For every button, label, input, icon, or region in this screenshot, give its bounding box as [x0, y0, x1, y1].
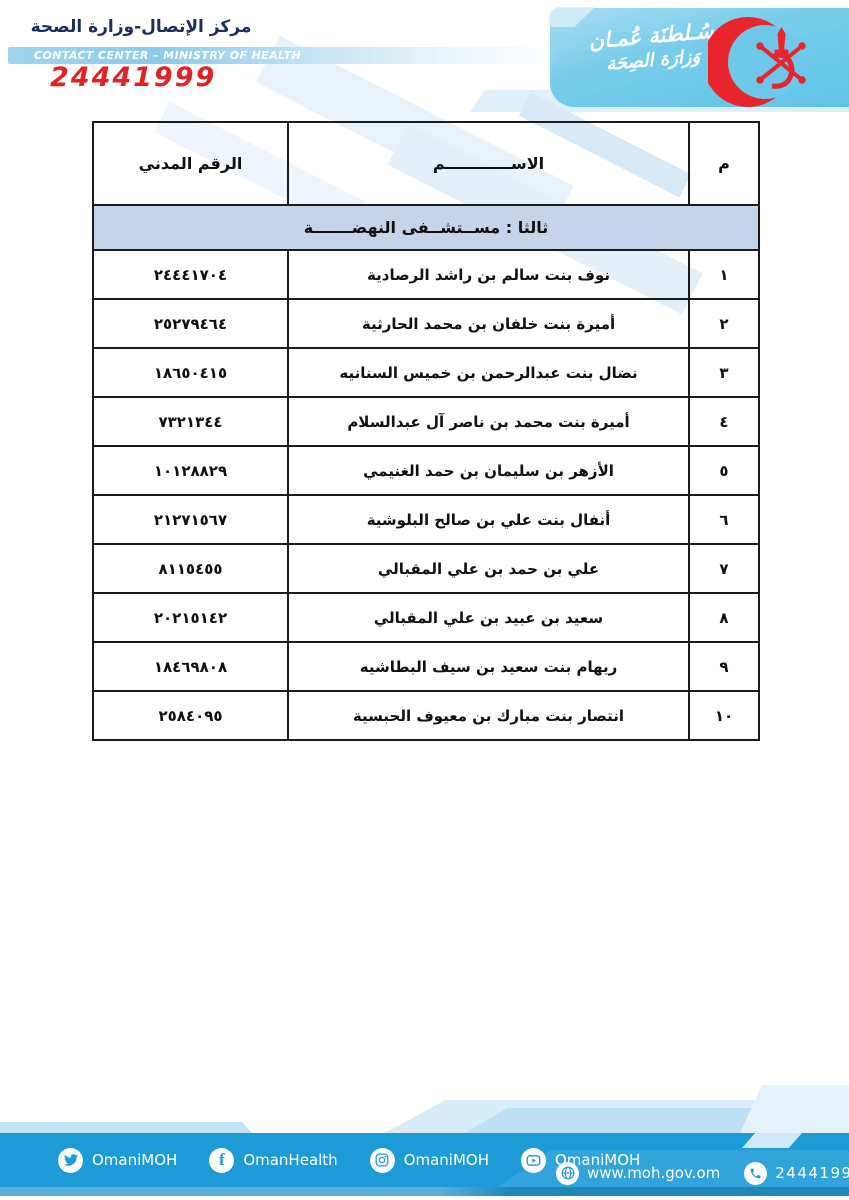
row-serial: ٣ — [689, 348, 759, 397]
facebook-handle: OmanHealth — [243, 1151, 337, 1169]
row-name: ريهام بنت سعيد بن سيف البطاشيه — [288, 642, 689, 691]
section-header-row: ثالثا : مســتشــفى النهضـــــــة — [93, 205, 759, 250]
facebook-icon: f — [209, 1148, 234, 1173]
row-serial: ٥ — [689, 446, 759, 495]
civil-id-column-header: الرقم المدني — [93, 122, 288, 205]
table-row: ٧ علي بن حمد بن علي المقبالي ٨١١٥٤٥٥ — [93, 544, 759, 593]
table-row: ١ نوف بنت سالم بن راشد الرصادية ٢٤٤٤١٧٠٤ — [93, 250, 759, 299]
twitter-handle: OmaniMOH — [92, 1151, 177, 1169]
row-name: نوف بنت سالم بن راشد الرصادية — [288, 250, 689, 299]
table-row: ٤ أميرة بنت محمد بن ناصر آل عبدالسلام ٧٣… — [93, 397, 759, 446]
row-civil-id: ٢٠٢١٥١٤٢ — [93, 593, 288, 642]
table-row: ١٠ انتصار بنت مبارك بن معيوف الحبسية ٢٥٨… — [93, 691, 759, 740]
row-name: أميرة بنت محمد بن ناصر آل عبدالسلام — [288, 397, 689, 446]
table-row: ٦ أنفال بنت علي بن صالح البلوشية ٢١٢٧١٥٦… — [93, 495, 759, 544]
row-name: نضال بنت عبدالرحمن بن خميس السنانيه — [288, 348, 689, 397]
website-url: www.moh.gov.om — [587, 1164, 720, 1182]
facebook-account: f OmanHealth — [209, 1148, 337, 1173]
footer-phone-number: 24441999 — [775, 1164, 849, 1182]
row-civil-id: ٨١١٥٤٥٥ — [93, 544, 288, 593]
twitter-icon — [58, 1148, 83, 1173]
contact-center-title-arabic: مركز الإتصال-وزارة الصحة — [22, 17, 260, 37]
document-page: مركز الإتصال-وزارة الصحة CONTACT CENTER … — [0, 0, 849, 1200]
instagram-icon — [370, 1148, 395, 1173]
table-row: ٩ ريهام بنت سعيد بن سيف البطاشيه ١٨٤٦٩٨٠… — [93, 642, 759, 691]
footer-bottom-strip — [0, 1187, 849, 1196]
instagram-account: OmaniMOH — [370, 1148, 489, 1173]
footer-accent-strip — [0, 1122, 252, 1133]
row-serial: ١ — [689, 250, 759, 299]
row-civil-id: ٢٤٤٤١٧٠٤ — [93, 250, 288, 299]
table-row: ٨ سعيد بن عبيد بن علي المقبالي ٢٠٢١٥١٤٢ — [93, 593, 759, 642]
row-civil-id: ٢٥٨٤٠٩٥ — [93, 691, 288, 740]
header-phone-number: 24441999 — [50, 62, 212, 93]
table-row: ٥ الأزهر بن سليمان بن حمد الغنيمي ١٠١٢٨٨… — [93, 446, 759, 495]
row-serial: ١٠ — [689, 691, 759, 740]
youtube-icon — [521, 1148, 546, 1173]
row-civil-id: ٧٣٢١٣٤٤ — [93, 397, 288, 446]
row-name: انتصار بنت مبارك بن معيوف الحبسية — [288, 691, 689, 740]
row-serial: ٢ — [689, 299, 759, 348]
serial-column-header: م — [689, 122, 759, 205]
row-serial: ٩ — [689, 642, 759, 691]
row-civil-id: ٢١٢٧١٥٦٧ — [93, 495, 288, 544]
row-civil-id: ١٨٤٦٩٨٠٨ — [93, 642, 288, 691]
row-civil-id: ١٨٦٥٠٤١٥ — [93, 348, 288, 397]
table-row: ٣ نضال بنت عبدالرحمن بن خميس السنانيه ١٨… — [93, 348, 759, 397]
instagram-handle: OmaniMOH — [404, 1151, 489, 1169]
ministry-name-calligraphy: سُـلطنَة عُمـان وَزارَة الصِحَة — [580, 18, 724, 77]
row-name: سعيد بن عبيد بن علي المقبالي — [288, 593, 689, 642]
name-column-header: الاســــــــــــم — [288, 122, 689, 205]
row-civil-id: ٢٥٢٧٩٤٦٤ — [93, 299, 288, 348]
row-name: الأزهر بن سليمان بن حمد الغنيمي — [288, 446, 689, 495]
table-row: ٢ أميرة بنت خلفان بن محمد الحارثية ٢٥٢٧٩… — [93, 299, 759, 348]
row-serial: ٦ — [689, 495, 759, 544]
row-civil-id: ١٠١٢٨٨٢٩ — [93, 446, 288, 495]
row-name: أميرة بنت خلفان بن محمد الحارثية — [288, 299, 689, 348]
footer-contact-row: www.moh.gov.om 24441999 — [556, 1161, 849, 1185]
row-serial: ٧ — [689, 544, 759, 593]
row-name: علي بن حمد بن علي المقبالي — [288, 544, 689, 593]
ministry-banner: سُـلطنَة عُمـان وَزارَة الصِحَة — [550, 8, 849, 107]
banner-corner-decoration — [549, 7, 595, 27]
section-title-alnahda-hospital: ثالثا : مســتشــفى النهضـــــــة — [93, 205, 759, 250]
moh-crescent-logo-icon — [708, 10, 812, 114]
row-name: أنفال بنت علي بن صالح البلوشية — [288, 495, 689, 544]
row-serial: ٨ — [689, 593, 759, 642]
row-serial: ٤ — [689, 397, 759, 446]
phone-icon — [744, 1162, 767, 1185]
globe-icon — [556, 1162, 579, 1185]
patients-roster-table: م الاســــــــــــم الرقم المدني ثالثا :… — [92, 121, 760, 741]
footer-decoration — [740, 1085, 849, 1133]
table-header-row: م الاســــــــــــم الرقم المدني — [93, 122, 759, 205]
twitter-account: OmaniMOH — [58, 1148, 177, 1173]
